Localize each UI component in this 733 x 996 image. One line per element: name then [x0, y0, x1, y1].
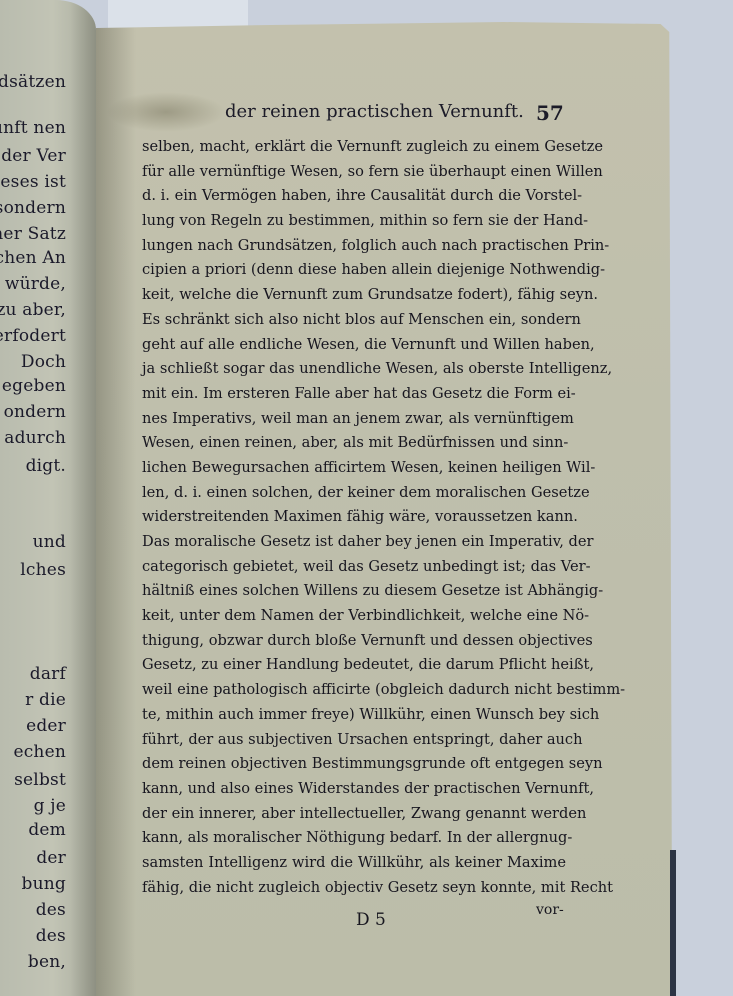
text-line: d. i. ein Vermögen haben, ihre Causalitä… [142, 184, 566, 209]
text-line: Das moralische Gesetz ist daher bey jene… [142, 530, 566, 555]
text-line: Es schränkt sich also nicht blos auf Men… [142, 308, 566, 333]
left-page-line: der Ver [1, 146, 66, 166]
left-page-line: digt. [26, 456, 66, 476]
left-page-line: ondern [4, 402, 66, 422]
text-line: dem reinen objectiven Bestimmungsgrunde … [142, 752, 566, 777]
signature-mark: D 5 [356, 910, 386, 930]
text-line: ja schließt sogar das unendliche Wesen, … [142, 357, 566, 382]
left-page-line: dem [28, 820, 66, 840]
text-line: lung von Regeln zu bestimmen, mithin so … [142, 209, 566, 234]
text-line: te, mithin auch immer freye) Willkühr, e… [142, 703, 566, 728]
text-line: samsten Intelligenz wird die Willkühr, a… [142, 851, 566, 876]
text-line: categorisch gebietet, weil das Gesetz un… [142, 555, 566, 580]
paper-stain [106, 92, 226, 132]
text-line: Wesen, einen reinen, aber, als mit Bedür… [142, 431, 566, 456]
left-page-line: adurch [4, 428, 66, 448]
text-line: nes Imperativs, weil man an jenem zwar, … [142, 407, 566, 432]
left-page-line: darf [30, 664, 66, 684]
left-page-line: ben, [28, 952, 66, 972]
text-line: Gesetz, zu einer Handlung bedeutet, die … [142, 653, 566, 678]
left-page-line: dieses ist [0, 172, 66, 192]
text-line: führt, der aus subjectiven Ursachen ents… [142, 728, 566, 753]
page-edge [670, 850, 676, 996]
left-page-line: g je [34, 796, 66, 816]
left-page-line: her Satz [0, 224, 66, 244]
right-page-gutter-shadow [96, 22, 136, 996]
left-page-line: eder [26, 716, 66, 736]
text-line: mit ein. Im ersteren Falle aber hat das … [142, 382, 566, 407]
text-line: widerstreitenden Maximen fähig wäre, vor… [142, 505, 566, 530]
text-line: für alle vernünftige Wesen, so fern sie … [142, 160, 566, 185]
left-page-line: selbst [14, 770, 66, 790]
text-line: len, d. i. einen solchen, der keiner dem… [142, 481, 566, 506]
text-line: keit, unter dem Namen der Verbindlichkei… [142, 604, 566, 629]
text-line: keit, welche die Vernunft zum Grundsatze… [142, 283, 566, 308]
text-line: hältniß eines solchen Willens zu diesem … [142, 579, 566, 604]
left-page-line: des [36, 926, 66, 946]
left-page-line: r die [25, 690, 66, 710]
text-line: kann, und also eines Widerstandes der pr… [142, 777, 566, 802]
left-page-line: chen An [0, 248, 66, 268]
left-page-line: und [33, 532, 66, 552]
text-line: fähig, die nicht zugleich objectiv Geset… [142, 876, 566, 901]
body-text: selben, macht, erklärt die Vernunft zugl… [142, 135, 566, 900]
left-page-line: Doch [21, 352, 66, 372]
left-page-line: des [36, 900, 66, 920]
text-line: lungen nach Grundsätzen, folglich auch n… [142, 234, 566, 259]
left-page-line: bung [22, 874, 66, 894]
left-page-line: nunft nen [0, 118, 66, 138]
left-page-line: lches [20, 560, 66, 580]
text-line: weil eine pathologisch afficirte (obglei… [142, 678, 566, 703]
left-page-line: echen [13, 742, 66, 762]
left-page-line: sondern [0, 198, 66, 218]
left-page-line: zu aber, [0, 300, 66, 320]
text-line: kann, als moralischer Nöthigung bedarf. … [142, 826, 566, 851]
left-page-line: erfodert [0, 326, 66, 346]
text-line: thigung, obzwar durch bloße Vernunft und… [142, 629, 566, 654]
running-header: der reinen practischen Vernunft. [225, 101, 560, 122]
text-line: selben, macht, erklärt die Vernunft zugl… [142, 135, 566, 160]
left-page-line: würde, [5, 274, 66, 294]
left-page-line: egeben [2, 376, 66, 396]
text-line: cipien a priori (denn diese haben allein… [142, 258, 566, 283]
text-line: der ein innerer, aber intellectueller, Z… [142, 802, 566, 827]
left-page-line: der [36, 848, 66, 868]
text-line: geht auf alle endliche Wesen, die Vernun… [142, 333, 566, 358]
page-number: 57 [536, 101, 564, 125]
left-page-gutter-shadow [70, 0, 96, 996]
text-line: lichen Bewegursachen afficirtem Wesen, k… [142, 456, 566, 481]
left-page: dsätzennunft nender Verdieses istsondern… [0, 0, 96, 996]
background-sheet [108, 0, 248, 30]
catchword: vor- [536, 902, 564, 918]
left-page-line: dsätzen [0, 72, 66, 92]
